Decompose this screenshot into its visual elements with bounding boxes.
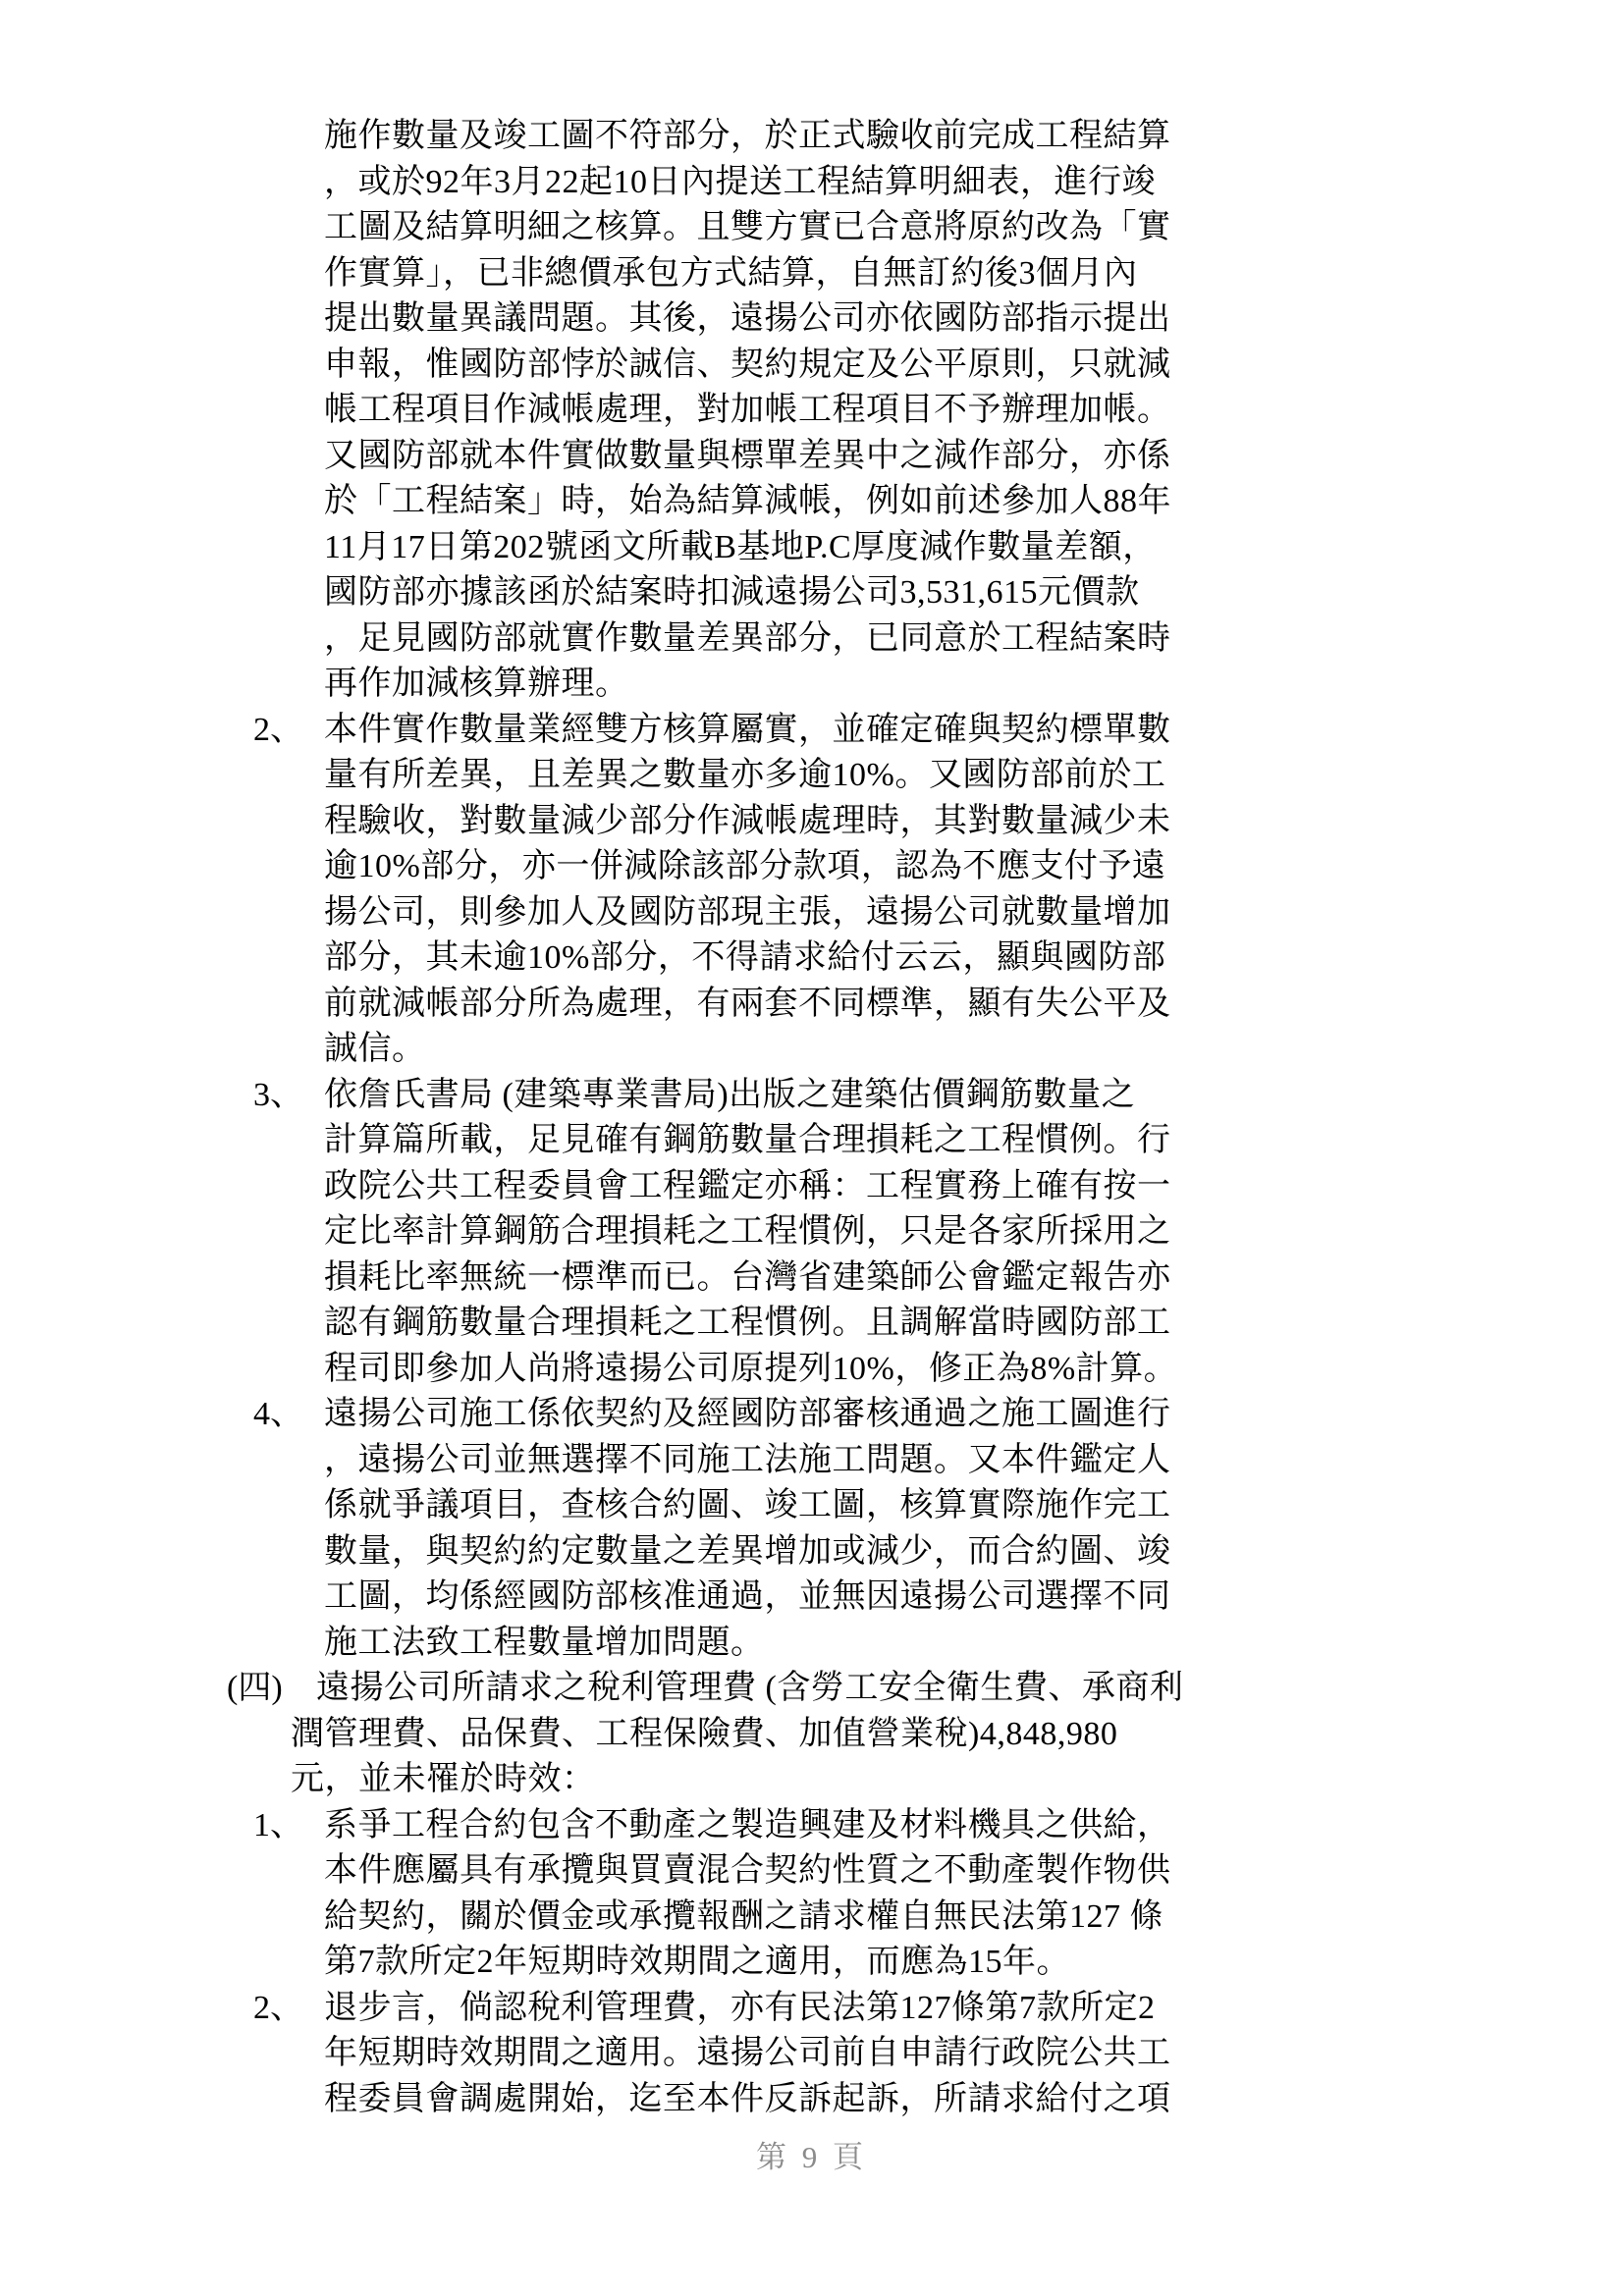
text-line: 元，並未罹於時效： bbox=[291, 1757, 1623, 1803]
text-line: 第7款所定2年短期時效期間之適用，而應為15年。 bbox=[324, 1940, 1623, 1986]
text-line: 提出數量異議問題。其後，遠揚公司亦依國防部指示提出 bbox=[324, 296, 1623, 343]
text-line: 認有鋼筋數量合理損耗之工程慣例。且調解當時國防部工 bbox=[324, 1301, 1623, 1347]
text-line: 帳工程項目作減帳處理，對加帳工程項目不予辦理加帳。 bbox=[324, 388, 1623, 434]
text-line: 於「工程結案」時，始為結算減帳，例如前述參加人88年 bbox=[324, 479, 1623, 525]
text-line: 遠揚公司所請求之稅利管理費 (含勞工安全衛生費、承商利 bbox=[316, 1666, 1623, 1712]
text-line: 施工法致工程數量增加問題。 bbox=[324, 1621, 1623, 1667]
text-line: 退步言，倘認稅利管理費，亦有民法第127條第7款所定2 bbox=[324, 1986, 1623, 2032]
paragraph: 2、退步言，倘認稅利管理費，亦有民法第127條第7款所定2年短期時效期間之適用。… bbox=[0, 1986, 1623, 2123]
text-line: 定比率計算鋼筋合理損耗之工程慣例，只是各家所採用之 bbox=[324, 1209, 1623, 1255]
page-number: 第 9 頁 bbox=[0, 2138, 1623, 2177]
text-line: 計算篇所載，足見確有鋼筋數量合理損耗之工程慣例。行 bbox=[324, 1118, 1623, 1164]
text-line: 量有所差異，且差異之數量亦多逾10%。又國防部前於工 bbox=[324, 753, 1623, 799]
document-page: 施作數量及竣工圖不符部分，於正式驗收前完成工程結算，或於92年3月22起10日內… bbox=[0, 0, 1623, 2296]
text-line: 前就減帳部分所為處理，有兩套不同標準，顯有失公平及 bbox=[324, 982, 1623, 1028]
text-line: 工圖，均係經國防部核准通過，並無因遠揚公司選擇不同 bbox=[324, 1575, 1623, 1621]
text-line: 程委員會調處開始，迄至本件反訴起訴，所請求給付之項 bbox=[324, 2077, 1623, 2123]
text-line: 本件實作數量業經雙方核算屬實，並確定確與契約標單數 bbox=[324, 708, 1623, 754]
text-line: 潤管理費、品保費、工程保險費、加值營業稅)4,848,980 bbox=[291, 1712, 1623, 1758]
text-line: 作實算」，已非總價承包方式結算，自無訂約後3個月內 bbox=[324, 251, 1623, 297]
paragraph: 1、系爭工程合約包含不動產之製造興建及材料機具之供給，本件應屬具有承攬與買賣混合… bbox=[0, 1803, 1623, 1986]
text-line: 部分，其未逾10%部分，不得請求給付云云，顯與國防部 bbox=[324, 935, 1623, 982]
text-line: ，遠揚公司並無選擇不同施工法施工問題。又本件鑑定人 bbox=[324, 1438, 1623, 1484]
text-line: 本件應屬具有承攬與買賣混合契約性質之不動產製作物供 bbox=[324, 1848, 1623, 1895]
paragraph: 4、遠揚公司施工係依契約及經國防部審核通過之施工圖進行，遠揚公司並無選擇不同施工… bbox=[0, 1392, 1623, 1666]
text-line: 誠信。 bbox=[324, 1027, 1623, 1073]
text-line: 年短期時效期間之適用。遠揚公司前自申請行政院公共工 bbox=[324, 2031, 1623, 2077]
text-line: 揚公司，則參加人及國防部現主張，遠揚公司就數量增加 bbox=[324, 890, 1623, 936]
text-line: 數量，與契約約定數量之差異增加或減少，而合約圖、竣 bbox=[324, 1529, 1623, 1575]
text-line: 11月17日第202號函文所載B基地P.C厚度減作數量差額， bbox=[324, 525, 1623, 571]
text-line: 給契約，關於價金或承攬報酬之請求權自無民法第127 條 bbox=[324, 1895, 1623, 1941]
text-line: 損耗比率無統一標準而已。台灣省建築師公會鑑定報告亦 bbox=[324, 1255, 1623, 1302]
text-line: 依詹氏書局 (建築專業書局)出版之建築估價鋼筋數量之 bbox=[324, 1073, 1623, 1119]
paragraph: (四)遠揚公司所請求之稅利管理費 (含勞工安全衛生費、承商利潤管理費、品保費、工… bbox=[0, 1666, 1623, 1803]
text-line: 又國防部就本件實做數量與標單差異中之減作部分，亦係 bbox=[324, 434, 1623, 480]
text-line: 施作數量及竣工圖不符部分，於正式驗收前完成工程結算 bbox=[324, 114, 1623, 160]
text-line: 再作加減核算辦理。 bbox=[324, 662, 1623, 708]
text-line: 國防部亦據該函於結案時扣減遠揚公司3,531,615元價款 bbox=[324, 570, 1623, 616]
text-line: 系爭工程合約包含不動產之製造興建及材料機具之供給， bbox=[324, 1803, 1623, 1849]
paragraph: 3、依詹氏書局 (建築專業書局)出版之建築估價鋼筋數量之計算篇所載，足見確有鋼筋… bbox=[0, 1073, 1623, 1393]
text-line: 遠揚公司施工係依契約及經國防部審核通過之施工圖進行 bbox=[324, 1392, 1623, 1438]
paragraph: 施作數量及竣工圖不符部分，於正式驗收前完成工程結算，或於92年3月22起10日內… bbox=[0, 114, 1623, 708]
list-marker: 1、 bbox=[253, 1803, 303, 1849]
text-line: ，或於92年3月22起10日內提送工程結算明細表，進行竣 bbox=[324, 160, 1623, 206]
list-marker: 4、 bbox=[253, 1392, 303, 1438]
text-line: 申報，惟國防部悖於誠信、契約規定及公平原則，只就減 bbox=[324, 343, 1623, 389]
text-line: 政院公共工程委員會工程鑑定亦稱：工程實務上確有按一 bbox=[324, 1164, 1623, 1210]
text-line: 逾10%部分，亦一併減除該部分款項，認為不應支付予遠 bbox=[324, 844, 1623, 890]
paragraphs: 施作數量及竣工圖不符部分，於正式驗收前完成工程結算，或於92年3月22起10日內… bbox=[0, 114, 1623, 2122]
text-line: 工圖及結算明細之核算。且雙方實已合意將原約改為「實 bbox=[324, 205, 1623, 251]
list-marker: 3、 bbox=[253, 1073, 303, 1119]
text-line: ，足見國防部就實作數量差異部分，已同意於工程結案時 bbox=[324, 616, 1623, 663]
text-line: 係就爭議項目，查核合約圖、竣工圖，核算實際施作完工 bbox=[324, 1483, 1623, 1529]
text-line: 程司即參加人尚將遠揚公司原提列10%，修正為8%計算。 bbox=[324, 1347, 1623, 1393]
list-marker: 2、 bbox=[253, 708, 303, 754]
text-line: 程驗收，對數量減少部分作減帳處理時，其對數量減少未 bbox=[324, 799, 1623, 845]
list-marker: 2、 bbox=[253, 1986, 303, 2032]
paragraph: 2、本件實作數量業經雙方核算屬實，並確定確與契約標單數量有所差異，且差異之數量亦… bbox=[0, 708, 1623, 1073]
list-marker: (四) bbox=[227, 1666, 283, 1712]
